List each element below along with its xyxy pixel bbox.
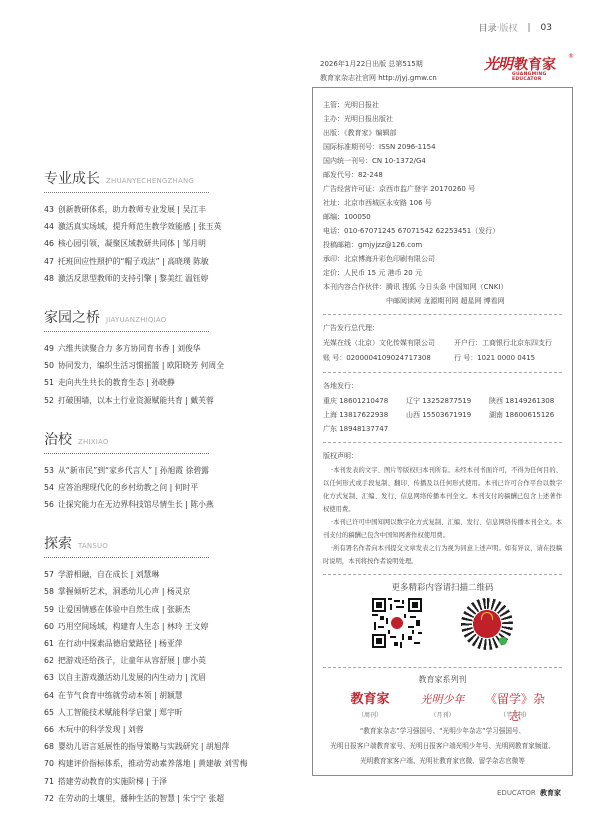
divider [323,442,562,443]
masthead-box: 主管：光明日报社 主办：光明日报出版社 出版：《教育家》编辑部 国际标准期刊号：… [312,87,573,776]
entry-title: 巧用空间场域，构建育人生态 | 林玲 王文婷 [58,622,208,631]
toc-section-jiayuanzhiqiao: 家园之桥 JIAYUANZHIQIAO 49六维共读聚合力 多方协同育书香 | … [44,307,280,409]
page-ref: 59 [44,601,58,618]
registered-icon: ® [568,53,574,60]
info-line: 定价：人民币 15 元 港币 20 元 [323,266,562,280]
toc-entry[interactable]: 49六维共读聚合力 多方协同育书香 | 刘俊华 [44,340,280,357]
page-ref: 57 [44,566,58,583]
page-ref: 60 [44,618,58,635]
entry-title: 把游戏还给孩子，让童年从容舒展 | 廖小英 [58,656,206,665]
info-line: 出版：《教育家》编辑部 [323,126,562,140]
page-ref: 44 [44,218,58,235]
page-ref: 71 [44,773,58,790]
sun-icon [481,612,493,620]
toc-entry[interactable]: 61在行动中探索品德启蒙路径 | 杨亚萍 [44,635,280,652]
distribution-entry: 重庆 18601210478 [323,394,406,408]
copyright-paragraph: ·本刊发表的文字、图片等版权归本刊所有。未经本刊书面许可，不得为任何目的、以任何… [323,464,562,516]
toc-entry[interactable]: 63以自主游戏激活幼儿发展的内生动力 | 沈眉 [44,669,280,686]
entry-title: 激活真实场域，提升师范生教学效能感 | 张玉英 [58,222,222,231]
toc-entry[interactable]: 60巧用空间场域，构建育人生态 | 林玲 王文婷 [44,618,280,635]
entry-title: 在行动中探索品德启蒙路径 | 杨亚萍 [58,639,183,648]
divider [323,667,562,668]
page-ref: 50 [44,357,58,374]
section-rule [44,453,209,454]
ad-agent-account: 账 号：0200004109024717308 [323,351,454,366]
copyright-section: 版权声明： ·本刊发表的文字、图片等版权归本刊所有。未经本刊书面许可，不得为任何… [323,449,562,568]
section-title: 治校 [44,429,72,449]
educator-logo: 光明 教育家 ® GUANGMING EDUCATOR [484,53,574,83]
page-ref: 58 [44,583,58,600]
header-section-2: 版权 [499,21,517,34]
toc-entry[interactable]: 64在节气食育中练就劳动本领 | 胡颖慧 [44,687,280,704]
logo-main: 教育家 [514,54,556,74]
toc-entry[interactable]: 58掌握倾听艺术，洞悉幼儿心声 | 杨灵京 [44,583,280,600]
masthead-info: 主管：光明日报社 主办：光明日报出版社 出版：《教育家》编辑部 国际标准期刊号：… [323,98,562,308]
entry-title: 协同发力，编织生活习惯摇篮 | 欧阳晓芳 何周全 [58,361,224,370]
ad-agent-title: 广告发行总代理： [323,321,562,336]
info-line: 电话：010-67071245 67071542 62253451（发行） [323,224,562,238]
entry-title: 让爱国情感在体验中自然生成 | 张新杰 [58,605,190,614]
info-line: 主管：光明日报社 [323,98,562,112]
page-header: 目录 · 版权 | 03 [479,21,552,34]
series-item: 《留学》杂志 （半月刊） [480,691,550,719]
page-ref: 65 [44,704,58,721]
page-ref: 62 [44,652,58,669]
distribution-entry: 山西 15503671919 [406,408,489,422]
page-ref: 43 [44,201,58,218]
distribution-entry: 陕西 18149261308 [489,394,554,408]
series-description: “教育家杂志”学习强国号、“光明少年杂志”学习强国号、 光明日报客户端教育家号、… [323,724,562,769]
entry-title: 打破围墙，以本土行业资源赋能共育 | 戴芙蓉 [58,396,214,405]
section-title-en: TANSUO [78,542,108,550]
header-divider: | [528,23,531,33]
copyright-paragraph: ·所有署名作者向本刊提交文章发表之行为视为同意上述声明。如有异议，请在投稿时说明… [323,542,562,568]
page-ref: 51 [44,374,58,391]
series-item: 教育家 （周刊） [335,691,405,719]
toc-entry[interactable]: 66木玩中的科学发现 | 刘蓉 [44,721,280,738]
series-section: 教育家系列刊 教育家 （周刊） 光明少年 （月刊） 《留学》杂志 （半月刊） “… [323,674,562,769]
qr-code-icon[interactable] [372,598,422,648]
info-line: 投稿邮箱：gmjyjzz@126.com [323,238,562,252]
series-frequency: （月刊） [408,710,478,719]
toc-entry[interactable]: 52打破围墙，以本土行业资源赋能共育 | 戴芙蓉 [44,392,280,409]
entry-title: 从“新市民”到“家乡代言人” | 孙旭霞 徐碧露 [58,466,209,475]
toc-entry[interactable]: 44激活真实场域，提升师范生教学效能感 | 张玉英 [44,218,280,235]
info-line: 国际标准期刊号：ISSN 2096-1154 [323,140,562,154]
entry-title: 学游相融，自在成长 | 刘慧琳 [58,570,159,579]
section-title-en: JIAYUANZHIQIAO [106,316,166,324]
info-line: 广告经营许可证：京西市监广登字 20170260 号 [323,182,562,196]
copyright-paragraph: ·本刊已许可中国知网以数字化方式复制、汇编、发行、信息网络传播本刊全文。本刊支付… [323,516,562,542]
toc-entry[interactable]: 65人工智能技术赋能科学启蒙 | 郑宇昕 [44,704,280,721]
entry-title: 人工智能技术赋能科学启蒙 | 郑宇昕 [58,708,183,717]
entry-title: 掌握倾听艺术，洞悉幼儿心声 | 杨灵京 [58,587,190,596]
divider [323,372,562,373]
info-line: 主办：光明日报出版社 [323,112,562,126]
series-name: 教育家 [335,691,405,708]
section-title: 家园之桥 [44,307,100,327]
toc-entry[interactable]: 62把游戏还给孩子，让童年从容舒展 | 廖小英 [44,652,280,669]
page-ref: 66 [44,721,58,738]
entry-title: 创新教研体系，助力教师专业发展 | 吴江丰 [58,205,206,214]
ad-agent-company: 光媒在线（北京）文化传媒有限公司 [323,336,454,351]
page-ref: 49 [44,340,58,357]
entry-title: 在劳动的土壤里，播种生活的智慧 | 朱宁宁 张超 [58,794,224,803]
section-title-en: ZHIXIAO [78,438,109,446]
info-line: 承印：北京博海升彩色印刷有限公司 [323,252,562,266]
page-ref: 47 [44,253,58,270]
header-section: 目录 [479,21,497,34]
toc-entry[interactable]: 47托班回应性照护的“帽子戏法” | 高晓璞 陈敏 [44,253,280,270]
entry-title: 以自主游戏激活幼儿发展的内生动力 | 沈眉 [58,673,206,682]
page-ref: 64 [44,687,58,704]
distribution-row: 重庆 18601210478 辽宁 13252877519 陕西 1814926… [323,394,562,408]
qr-section: 更多精彩内容请扫描二维码 [323,581,562,661]
divider [323,574,562,575]
page-ref: 72 [44,790,58,807]
distribution-entry: 上海 13817622938 [323,408,406,422]
section-title: 探索 [44,533,72,553]
distribution-entry: 广东 18948137747 [323,422,406,436]
toc-entry[interactable]: 57学游相融，自在成长 | 刘慧琳 [44,566,280,583]
entry-title: 激活反思型教师的支持引擎 | 黎美红 温钰婷 [58,274,208,283]
page-ref: 70 [44,755,58,772]
page-footer: EDUCATOR 教育家 [497,788,561,798]
entry-title: 走向共生共长的教育生态 | 孙晓静 [58,378,175,387]
toc-section-zhixiao: 治校 ZHIXIAO 53从“新市民”到“家乡代言人” | 孙旭霞 徐碧露 54… [44,429,280,514]
toc-entry[interactable]: 51走向共生共长的教育生态 | 孙晓静 [44,374,280,391]
publication-info: 2026年1月22日出版 总第515期 教育家杂志社官网 http://jyj.… [320,57,437,85]
toc-entry[interactable]: 68婴幼儿语言延展性的指导策略与实践研究 | 胡旭萍 [44,738,280,755]
footer-zh: 教育家 [540,789,561,797]
info-line: 国内统一刊号：CN 10-1372/G4 [323,154,562,168]
toc-entry[interactable]: 46核心园引领，凝聚区域教研共同体 | 邹月明 [44,235,280,252]
series-desc-line: “教育家杂志”学习强国号、“光明少年杂志”学习强国号、 [323,724,562,739]
series-name: 光明少年 [408,691,478,708]
footer-en: EDUCATOR [497,789,536,797]
page-ref: 54 [44,479,58,496]
info-line: 本刊内容合作伙伴：腾讯 搜狐 今日头条 中国知网（CNKI） [323,280,562,294]
entry-title: 应答治理现代化的乡村幼教之问 | 何时平 [58,483,198,492]
page-ref: 63 [44,669,58,686]
mini-program-code-icon[interactable] [461,598,513,650]
official-website: 教育家杂志社官网 http://jyj.gmw.cn [320,71,437,85]
mini-program-icon [499,637,507,645]
entry-title: 核心园引领，凝聚区域教研共同体 | 邹月明 [58,239,206,248]
section-rule [44,331,209,332]
entry-title: 在节气食育中练就劳动本领 | 胡颖慧 [58,691,183,700]
ad-agent-bank: 开户行：工商银行北京东四支行 [454,336,552,351]
page-ref: 52 [44,392,58,409]
page-ref: 61 [44,635,58,652]
series-frequency: （周刊） [335,710,405,719]
section-rule [44,557,209,558]
toc-entry[interactable]: 50协同发力，编织生活习惯摇篮 | 欧阳晓芳 何周全 [44,357,280,374]
toc-entry[interactable]: 56让探究能力在无边界科技馆尽情生长 | 陈小燕 [44,496,280,513]
section-rule [44,192,209,193]
distribution-entry: 湖南 18600615126 [489,408,554,422]
page-ref: 53 [44,462,58,479]
toc-entry[interactable]: 53从“新市民”到“家乡代言人” | 孙旭霞 徐碧露 [44,462,280,479]
page-number: 03 [541,23,552,33]
page-ref: 56 [44,496,58,513]
toc-section-tansuo: 探索 TANSUO 57学游相融，自在成长 | 刘慧琳 58掌握倾听艺术，洞悉幼… [44,533,280,807]
distribution-title: 各地发行： [323,379,562,394]
entry-title: 让探究能力在无边界科技馆尽情生长 | 陈小燕 [58,500,214,509]
toc-entry[interactable]: 71搭建劳动教育的实施阶梯 | 于泽 [44,773,280,790]
toc-entry[interactable]: 54应答治理现代化的乡村幼教之问 | 何时平 [44,479,280,496]
toc-entry[interactable]: 59让爱国情感在体验中自然生成 | 张新杰 [44,601,280,618]
info-line: 邮发代号：82-248 [323,168,562,182]
logo-calligraphy: 光明 [484,53,512,74]
entry-title: 婴幼儿语言延展性的指导策略与实践研究 | 胡旭萍 [58,742,229,751]
toc-entry[interactable]: 43创新教研体系，助力教师专业发展 | 吴江丰 [44,201,280,218]
series-desc-line: 光明日报客户端教育家号、光明日报客户端光明少年号、光明网教育家频道、 [323,739,562,754]
distribution-row: 上海 13817622938 山西 15503671919 湖南 1860061… [323,408,562,422]
ad-agent-section: 广告发行总代理： 光媒在线（北京）文化传媒有限公司 开户行：工商银行北京东四支行… [323,321,562,366]
toc-entry[interactable]: 70构建评价指标体系，推动劳动素养落地 | 黄建敏 刘雪梅 [44,755,280,772]
entry-title: 托班回应性照护的“帽子戏法” | 高晓璞 陈敏 [58,257,209,266]
issue-date: 2026年1月22日出版 总第515期 [320,57,437,71]
qr-title: 更多精彩内容请扫描二维码 [323,581,562,593]
toc-entry[interactable]: 72在劳动的土壤里，播种生活的智慧 | 朱宁宁 张超 [44,790,280,807]
divider [323,314,562,315]
page-ref: 48 [44,270,58,287]
section-title-en: ZHUANYECHENGZHANG [106,177,194,185]
info-line: 社址：北京市西城区永安路 106 号 [323,196,562,210]
toc-section-zhuanyechengzhang: 专业成长 ZHUANYECHENGZHANG 43创新教研体系，助力教师专业发展… [44,168,280,287]
series-title: 教育家系列刊 [323,674,562,685]
section-title: 专业成长 [44,168,100,188]
distribution-row: 广东 18948137747 [323,422,562,436]
info-line: 邮编：100050 [323,210,562,224]
entry-title: 六维共读聚合力 多方协同育书香 | 刘俊华 [58,344,201,353]
copyright-title: 版权声明： [323,449,562,464]
page-ref: 46 [44,235,58,252]
partners-line-2: 中邮阅读网 龙源期刊网 超星网 博看网 [323,294,562,308]
series-name: 《留学》杂志 [480,691,550,708]
table-of-contents: 专业成长 ZHUANYECHENGZHANG 43创新教研体系，助力教师专业发展… [44,168,280,807]
series-frequency: （半月刊） [480,710,550,719]
page-ref: 68 [44,738,58,755]
ad-agent-bank-no: 行 号：1021 0000 0415 [454,351,535,366]
entry-title: 构建评价指标体系，推动劳动素养落地 | 黄建敏 刘雪梅 [58,759,247,768]
entry-title: 搭建劳动教育的实施阶梯 | 于泽 [58,777,167,786]
distribution-section: 各地发行： 重庆 18601210478 辽宁 13252877519 陕西 1… [323,379,562,436]
toc-entry[interactable]: 48激活反思型教师的支持引擎 | 黎美红 温钰婷 [44,270,280,287]
logo-english: GUANGMING EDUCATOR [512,72,574,82]
series-desc-line: 光明教育家客户端、光明社教育家官微、留学杂志官微等 [323,754,562,769]
distribution-entry: 辽宁 13252877519 [406,394,489,408]
entry-title: 木玩中的科学发现 | 刘蓉 [58,725,144,734]
series-item: 光明少年 （月刊） [408,691,478,719]
